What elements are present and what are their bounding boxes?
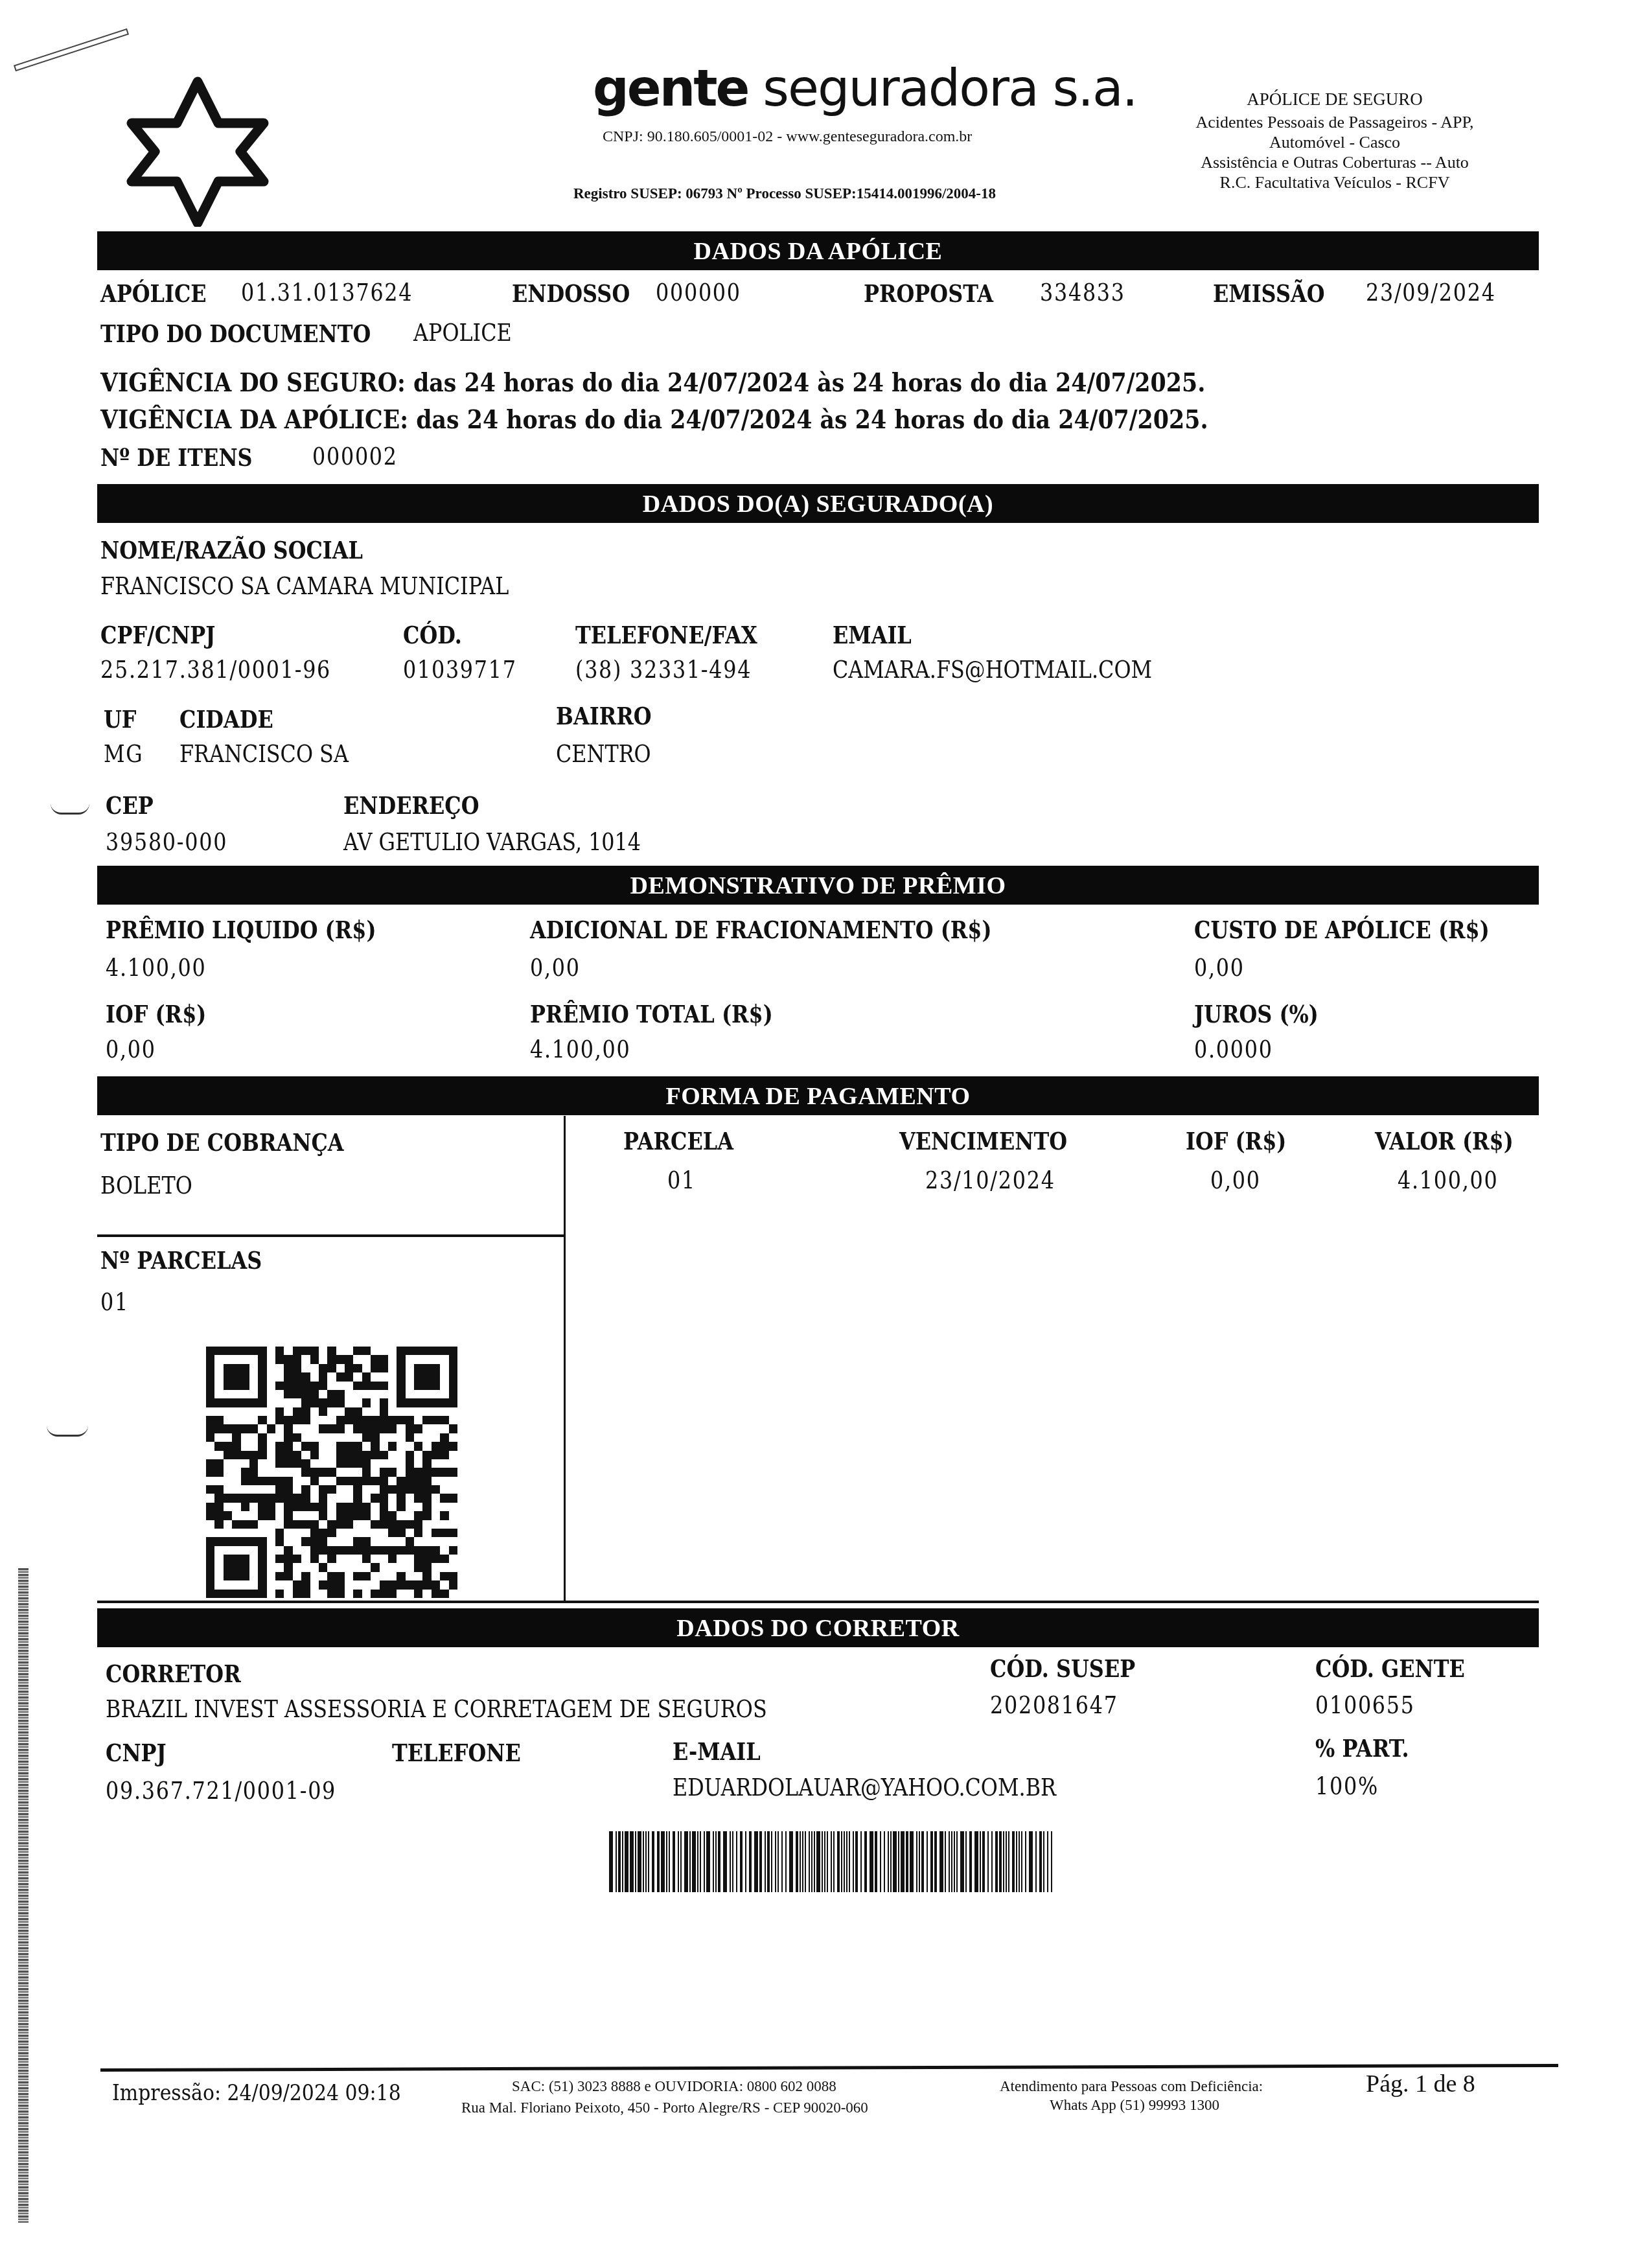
corretor-email-label: E-MAIL <box>673 1737 761 1766</box>
n-parcelas-label: Nº PARCELAS <box>100 1245 262 1275</box>
policy-type-block: APÓLICE DE SEGURO Acidentes Pessoais de … <box>1153 89 1516 192</box>
uf-value: MG <box>104 740 143 768</box>
apolice-value: 01.31.0137624 <box>241 279 413 307</box>
bairro-label: BAIRRO <box>556 701 652 730</box>
premio-total-value: 4.100,00 <box>530 1036 630 1063</box>
nome-value: FRANCISCO SA CAMARA MUNICIPAL <box>100 572 509 600</box>
whatsapp-contact: Whats App (51) 99993 1300 <box>1050 2097 1219 2114</box>
section-header-premio: DEMONSTRATIVO DE PRÊMIO <box>97 866 1539 905</box>
endosso-value: 000000 <box>656 279 741 307</box>
email-label: EMAIL <box>833 620 912 649</box>
proposta-value: 334833 <box>1040 279 1125 307</box>
endosso-label: ENDOSSO <box>512 279 630 308</box>
col-header-parcela: PARCELA <box>623 1126 733 1155</box>
lob-line: Automóvel - Casco <box>1153 132 1516 152</box>
apolice-label: APÓLICE <box>100 279 207 308</box>
lob-line: Assistência e Outras Coberturas -- Auto <box>1153 152 1516 172</box>
susep-registration: Registro SUSEP: 06793 Nº Processo SUSEP:… <box>573 185 996 202</box>
cod-gente-label: CÓD. GENTE <box>1315 1654 1465 1683</box>
section-header-corretor: DADOS DO CORRETOR <box>97 1608 1539 1647</box>
adicional-value: 0,00 <box>530 954 581 982</box>
telefone-label: TELEFONE/FAX <box>575 620 757 649</box>
tipo-documento-value: APOLICE <box>413 319 512 347</box>
itens-value: 000002 <box>312 443 398 470</box>
endereco-value: AV GETULIO VARGAS, 1014 <box>343 828 641 856</box>
iof-label: IOF (R$) <box>106 999 206 1028</box>
tipo-cobranca-value: BOLETO <box>100 1172 192 1199</box>
lob-line: R.C. Facultativa Veículos - RCFV <box>1153 172 1516 192</box>
proposta-label: PROPOSTA <box>864 279 993 308</box>
cell-iof: 0,00 <box>1210 1166 1261 1194</box>
cod-susep-value: 202081647 <box>990 1691 1118 1719</box>
punch-hole-mark <box>51 804 89 815</box>
cod-value: 01039717 <box>403 656 517 684</box>
adicional-label: ADICIONAL DE FRACIONAMENTO (R$) <box>530 915 992 944</box>
premio-liquido-value: 4.100,00 <box>106 954 206 982</box>
cod-susep-label: CÓD. SUSEP <box>990 1654 1135 1683</box>
col-header-valor: VALOR (R$) <box>1375 1126 1514 1155</box>
premio-liquido-label: PRÊMIO LIQUIDO (R$) <box>106 915 376 944</box>
vigencia-seguro: VIGÊNCIA DO SEGURO: das 24 horas do dia … <box>100 367 1205 398</box>
doc-type: APÓLICE DE SEGURO <box>1153 89 1516 110</box>
corretor-telefone-label: TELEFONE <box>392 1738 521 1767</box>
lob-line: Acidentes Pessoais de Passageiros - APP, <box>1153 112 1516 132</box>
col-header-vencimento: VENCIMENTO <box>899 1126 1067 1155</box>
accessibility-service: Atendimento para Pessoas com Deficiência… <box>1000 2078 1263 2095</box>
col-header-iof: IOF (R$) <box>1186 1126 1286 1155</box>
cell-valor: 4.100,00 <box>1398 1166 1498 1194</box>
premio-total-label: PRÊMIO TOTAL (R$) <box>530 999 773 1028</box>
part-label: % PART. <box>1315 1733 1409 1763</box>
sac-ouvidoria: SAC: (51) 3023 8888 e OUVIDORIA: 0800 60… <box>512 2078 836 2095</box>
section-header-pagamento: FORMA DE PAGAMENTO <box>97 1076 1539 1115</box>
cidade-value: FRANCISCO SA <box>179 740 349 768</box>
telefone-value: (38) 32331-494 <box>575 656 752 684</box>
corretor-email-value: EDUARDOLAUAR@YAHOO.COM.BR <box>673 1774 1056 1801</box>
vigencia-apolice: VIGÊNCIA DA APÓLICE: das 24 horas do dia… <box>100 404 1208 435</box>
cep-label: CEP <box>106 791 154 820</box>
cod-gente-value: 0100655 <box>1315 1691 1415 1719</box>
juros-label: JUROS (%) <box>1194 999 1319 1028</box>
corretor-cnpj-label: CNPJ <box>106 1738 167 1767</box>
page-indicator: Pág. 1 de 8 <box>1366 2070 1475 2098</box>
iof-value: 0,00 <box>106 1036 156 1063</box>
six-point-star-logo-icon <box>126 76 269 227</box>
barcode-icon <box>609 1831 1056 1892</box>
cpf-label: CPF/CNPJ <box>100 620 215 649</box>
brand-bold: gente <box>593 60 748 118</box>
n-parcelas-value: 01 <box>100 1288 129 1316</box>
cod-label: CÓD. <box>403 620 462 649</box>
cell-vencimento: 23/10/2024 <box>925 1166 1055 1194</box>
print-timestamp: Impressão: 24/09/2024 09:18 <box>112 2080 401 2106</box>
endereco-label: ENDEREÇO <box>343 791 479 820</box>
part-value: 100% <box>1315 1772 1379 1800</box>
company-cnpj-line: CNPJ: 90.180.605/0001-02 - www.gentesegu… <box>603 128 972 146</box>
corretor-value: BRAZIL INVEST ASSESSORIA E CORRETAGEM DE… <box>106 1695 767 1723</box>
brand-name: gente seguradora s.a. <box>593 60 1137 118</box>
payment-section-bottom-rule <box>97 1601 1539 1603</box>
section-header-segurado: DADOS DO(A) SEGURADO(A) <box>97 484 1539 523</box>
corretor-cnpj-value: 09.367.721/0001-09 <box>106 1777 336 1805</box>
brand-light: seguradora s.a. <box>763 60 1136 118</box>
cell-parcela: 01 <box>667 1166 696 1194</box>
custo-apolice-value: 0,00 <box>1194 954 1245 982</box>
custo-apolice-label: CUSTO DE APÓLICE (R$) <box>1194 915 1490 944</box>
corretor-label: CORRETOR <box>106 1659 241 1688</box>
email-value: CAMARA.FS@HOTMAIL.COM <box>833 656 1152 684</box>
tipo-cobranca-label: TIPO DE COBRANÇA <box>100 1128 344 1157</box>
tipo-documento-label: TIPO DO DOCUMENTO <box>100 319 371 348</box>
section-header-dados-apolice: DADOS DA APÓLICE <box>97 231 1539 270</box>
punch-hole-mark <box>47 1426 88 1437</box>
payment-left-divider <box>97 1234 564 1237</box>
payment-column-divider <box>564 1116 566 1601</box>
footer-rule <box>100 2064 1558 2072</box>
emissao-value: 23/09/2024 <box>1366 279 1496 307</box>
bairro-value: CENTRO <box>556 740 651 768</box>
scan-pen-mark <box>14 29 129 71</box>
qr-code-icon <box>206 1347 457 1598</box>
cpf-value: 25.217.381/0001-96 <box>100 656 331 684</box>
cidade-label: CIDADE <box>179 704 273 734</box>
scan-edge-artifact <box>18 1568 29 2223</box>
uf-label: UF <box>104 704 137 734</box>
emissao-label: EMISSÃO <box>1213 279 1325 308</box>
juros-value: 0.0000 <box>1194 1036 1273 1063</box>
company-address: Rua Mal. Floriano Peixoto, 450 - Porto A… <box>461 2100 868 2116</box>
cep-value: 39580-000 <box>106 828 227 856</box>
itens-label: Nº DE ITENS <box>100 443 253 472</box>
nome-label: NOME/RAZÃO SOCIAL <box>100 535 363 564</box>
